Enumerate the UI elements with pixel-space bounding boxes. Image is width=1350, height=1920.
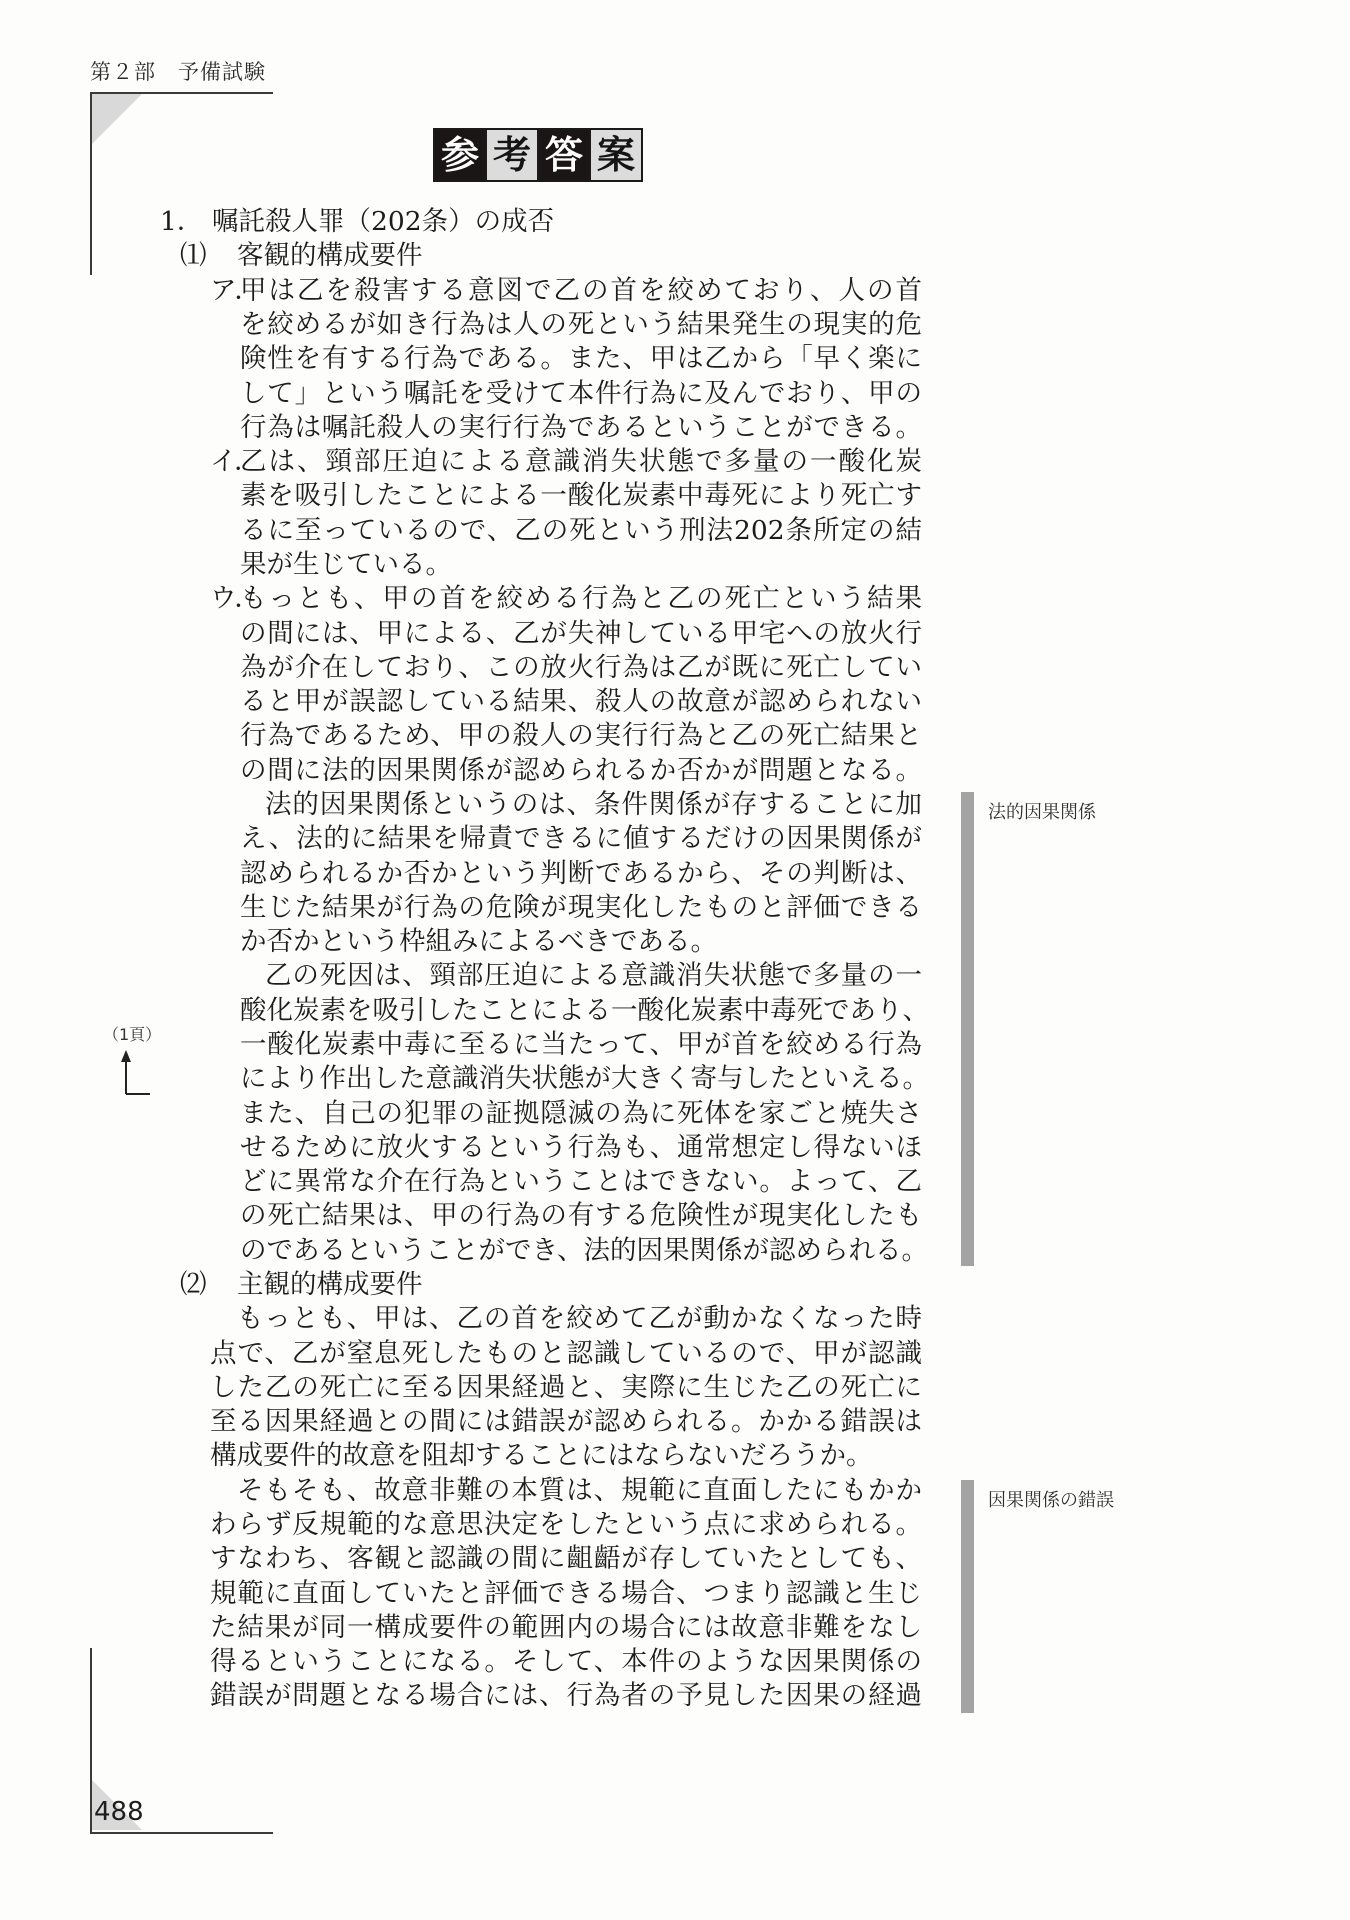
- text-line: 乙の死因は、頸部圧迫による意識消失状態で多量の一: [265, 959, 922, 993]
- text-line: 行為は嘱託殺人の実行行為であるということができる。: [240, 411, 922, 445]
- text-line: そもそも、故意非難の本質は、規範に直面したにもかか: [237, 1474, 922, 1508]
- margin-bar-legal-causation: [961, 792, 974, 1266]
- section-number: 1．: [160, 205, 203, 239]
- running-head: 第２部 予備試験: [90, 56, 266, 86]
- corner-triangle-top: [92, 94, 142, 144]
- page-number: 488: [94, 1797, 144, 1827]
- text-line: わらず反規範的な意思決定をしたという点に求められる。: [210, 1508, 922, 1542]
- subsection-number: ⑴: [180, 239, 207, 273]
- title-char: 参: [435, 130, 485, 180]
- text-line: 構成要件的故意を阻却することにはならないだろうか。: [210, 1439, 873, 1473]
- text-line: を絞めるが如き行為は人の死という結果発生の現実的危: [240, 308, 922, 342]
- page-reference-label: （1頁）: [103, 1022, 161, 1045]
- text-line: ると甲が誤認している結果、殺人の故意が認められない: [240, 685, 922, 719]
- text-line: 甲は乙を殺害する意図で乙の首を絞めており、人の首: [240, 274, 922, 308]
- text-line: るに至っているので、乙の死という刑法202条所定の結: [240, 514, 922, 548]
- text-line: 乙は、頸部圧迫による意識消失状態で多量の一酸化炭: [240, 445, 922, 479]
- text-line: 酸化炭素を吸引したことによる一酸化炭素中毒死であり、: [240, 994, 922, 1028]
- text-line: 点で、乙が窒息死したものと認識しているので、甲が認識: [210, 1337, 922, 1371]
- text-line: 行為であるため、甲の殺人の実行行為と乙の死亡結果と: [240, 719, 922, 753]
- text-line: 得るということになる。そして、本件のような因果関係の: [210, 1645, 922, 1679]
- page-reference-arrow-icon: [118, 1050, 152, 1096]
- text-line: どに異常な介在行為ということはできない。よって、乙: [240, 1165, 922, 1199]
- text-line: せるために放火するという行為も、通常想定し得ないほ: [240, 1131, 922, 1165]
- margin-note-causation-error: 因果関係の錯誤: [988, 1486, 1114, 1512]
- subsection-heading: 客観的構成要件: [237, 239, 423, 273]
- text-line: か否かという枠組みによるべきである。: [240, 925, 717, 959]
- text-line: の間に法的因果関係が認められるか否かが問題となる。: [240, 754, 922, 788]
- text-line: により作出した意識消失状態が大きく寄与したといえる。: [240, 1062, 922, 1096]
- text-line: 至る因果経過との間には錯誤が認められる。かかる錯誤は: [210, 1405, 922, 1439]
- text-line: 険性を有する行為である。また、甲は乙から「早く楽に: [240, 342, 922, 376]
- text-line: 法的因果関係というのは、条件関係が存することに加: [265, 788, 922, 822]
- text-line: 素を吸引したことによる一酸化炭素中毒死により死亡す: [240, 479, 922, 513]
- text-line: の間には、甲による、乙が失神している甲宅への放火行: [240, 617, 922, 651]
- text-line: え、法的に結果を帰責できるに値するだけの因果関係が: [240, 822, 922, 856]
- text-line: すなわち、客観と認識の間に齟齬が存していたとしても、: [210, 1542, 922, 1576]
- text-line: 一酸化炭素中毒に至るに当たって、甲が首を絞める行為: [240, 1028, 922, 1062]
- text-line: 生じた結果が行為の危険が現実化したものと評価できる: [240, 891, 922, 925]
- text-line: して」という嘱託を受けて本件行為に及んでおり、甲の: [240, 377, 922, 411]
- margin-note-legal-causation: 法的因果関係: [988, 798, 1096, 824]
- title-char: 答: [539, 130, 589, 180]
- text-line: もっとも、甲の首を絞める行為と乙の死亡という結果: [240, 582, 922, 616]
- text-line: のであるということができ、法的因果関係が認められる。: [240, 1234, 922, 1268]
- text-line: 為が介在しており、この放火行為は乙が既に死亡してい: [240, 651, 922, 685]
- text-line: の死亡結果は、甲の行為の有する危険性が現実化したも: [240, 1199, 922, 1233]
- text-line: 果が生じている。: [240, 548, 452, 582]
- text-line: 錯誤が問題となる場合には、行為者の予見した因果の経過: [210, 1679, 922, 1713]
- section-heading: 嘱託殺人罪（202条）の成否: [212, 205, 554, 239]
- frame-bottom-rule: [90, 1832, 273, 1834]
- text-line: た結果が同一構成要件の範囲内の場合には故意非難をなし: [210, 1611, 922, 1645]
- subsection-heading: 主観的構成要件: [237, 1268, 423, 1302]
- title-char: 考: [485, 130, 539, 180]
- text-line: 認められるか否かという判断であるから、その判断は、: [240, 857, 922, 891]
- text-line: した乙の死亡に至る因果経過と、実際に生じた乙の死亡に: [210, 1371, 922, 1405]
- subsection-number: ⑵: [180, 1268, 207, 1302]
- title-box-reference-answer: 参 考 答 案: [433, 128, 643, 182]
- text-line: もっとも、甲は、乙の首を絞めて乙が動かなくなった時: [237, 1302, 922, 1336]
- text-line: 規範に直面していたと評価できる場合、つまり認識と生じ: [210, 1577, 922, 1611]
- margin-bar-causation-error: [961, 1480, 974, 1713]
- text-line: また、自己の犯罪の証拠隠滅の為に死体を家ごと焼失さ: [240, 1097, 922, 1131]
- title-char: 案: [589, 130, 641, 180]
